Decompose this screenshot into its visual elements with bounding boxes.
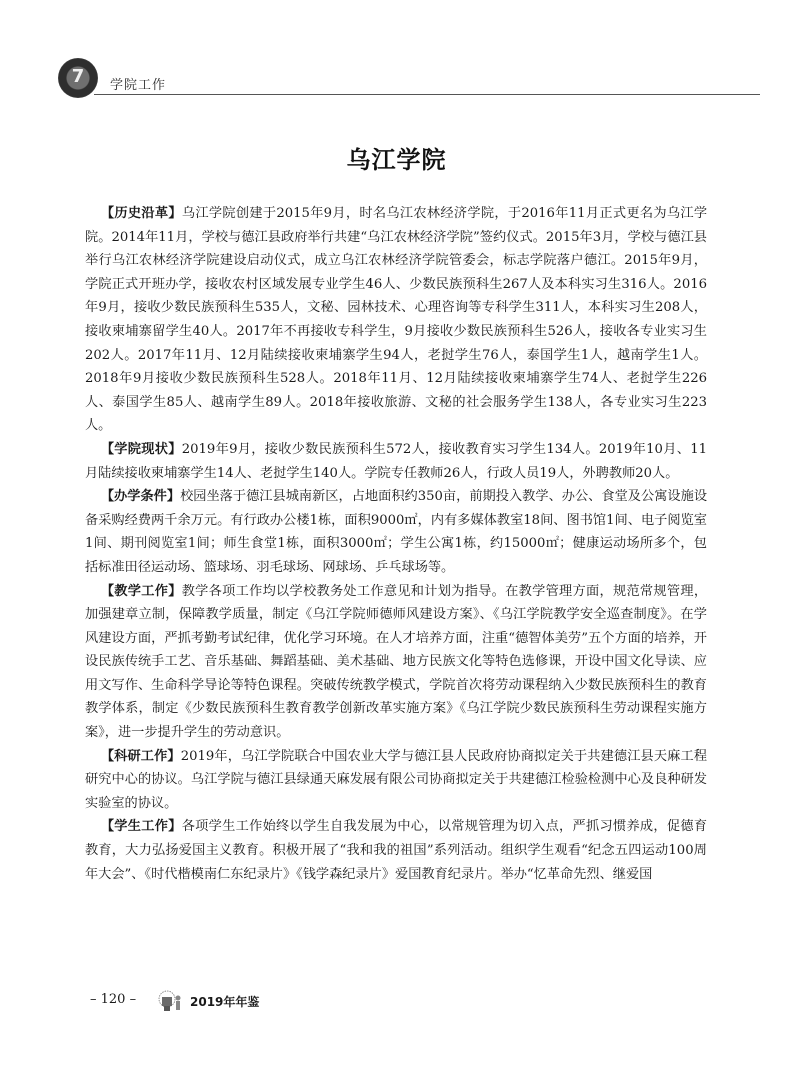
paragraph-research: 【科研工作】2019年，乌江学院联合中国农业大学与德江县人民政府协商拟定关于共建…: [85, 745, 707, 816]
paragraph-status: 【学院现状】2019年9月，接收少数民族预科生572人，接收教育实习学生134人…: [85, 438, 707, 485]
paragraph-students: 【学生工作】各项学生工作始终以学生自我发展为中心，以常规管理为切入点，严抓习惯养…: [85, 815, 707, 886]
yearbook-label: 2019年年鉴: [190, 993, 259, 1010]
paragraph-conditions: 【办学条件】校园坐落于德江县城南新区，占地面积约350亩，前期投入教学、办公、食…: [85, 485, 707, 579]
article-body: 【历史沿革】乌江学院创建于2015年9月，时名乌江农林经济学院，于2016年11…: [85, 202, 707, 886]
paragraph-history: 【历史沿革】乌江学院创建于2015年9月，时名乌江农林经济学院，于2016年11…: [85, 202, 707, 438]
section-label: 学院工作: [110, 74, 166, 93]
section-heading: 【教学工作】: [101, 584, 182, 599]
page-number: – 120 –: [90, 992, 136, 1007]
section-heading: 【办学条件】: [101, 489, 180, 504]
university-logo-icon: 7: [58, 58, 98, 98]
section-heading: 【学生工作】: [101, 819, 182, 834]
section-heading: 【科研工作】: [101, 749, 181, 764]
section-heading: 【历史沿革】: [101, 206, 182, 221]
section-text: 教学各项工作均以学校教务处工作意见和计划为指导。在教学管理方面，规范常规管理，加…: [85, 584, 707, 741]
section-text: 乌江学院创建于2015年9月，时名乌江农林经济学院，于2016年11月正式更名为…: [85, 206, 707, 433]
section-heading: 【学院现状】: [101, 442, 182, 457]
paragraph-teaching: 【教学工作】教学各项工作均以学校教务处工作意见和计划为指导。在教学管理方面，规范…: [85, 580, 707, 745]
page-title: 乌江学院: [0, 140, 793, 175]
page-header: 7 学院工作: [58, 58, 710, 98]
logo-glyph: 7: [58, 66, 98, 87]
yearbook-emblem-icon: [158, 990, 184, 1014]
header-divider: [94, 94, 760, 95]
